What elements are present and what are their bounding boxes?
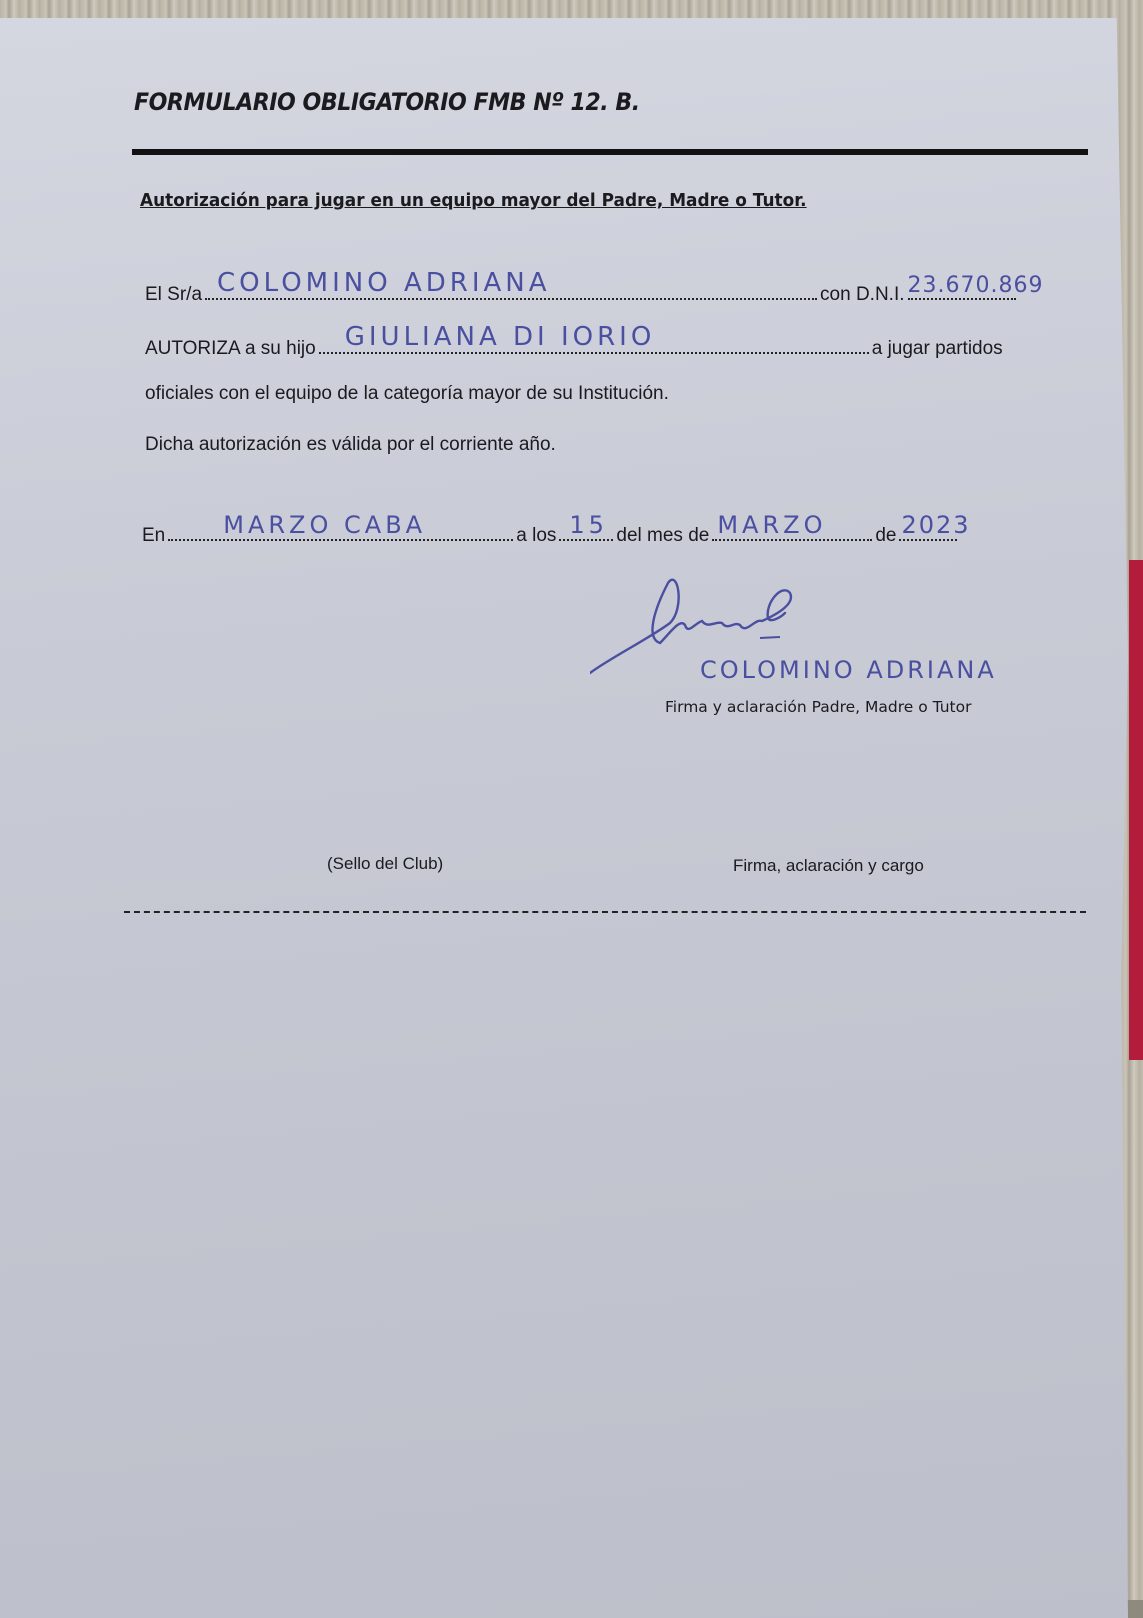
child-name-field[interactable]: GIULIANA DI IORIO <box>319 334 869 354</box>
child-label: AUTORIZA a su hijo <box>145 338 316 360</box>
child-name-value: GIULIANA DI IORIO <box>345 322 656 352</box>
guardian-row: El Sr/a COLOMINO ADRIANA con D.N.I. 23.6… <box>145 280 1019 306</box>
child-row: AUTORIZA a su hijo GIULIANA DI IORIO a j… <box>145 334 1003 360</box>
guardian-label: El Sr/a <box>145 284 202 306</box>
title-rule <box>132 149 1088 155</box>
signature-caption: Firma y aclaración Padre, Madre o Tutor <box>665 698 971 716</box>
place-field[interactable]: MARZO CABA <box>168 521 513 541</box>
signatory-name: COLOMINO ADRIANA <box>700 656 997 684</box>
club-stamp-label: (Sello del Club) <box>327 854 443 874</box>
day-field[interactable]: 15 <box>559 521 613 541</box>
play-matches-label: a jugar partidos <box>872 338 1003 360</box>
dni-field[interactable]: 23.670.869 <box>908 280 1016 300</box>
day-value: 15 <box>569 511 608 539</box>
guardian-name-value: COLOMINO ADRIANA <box>217 268 550 298</box>
month-value: MARZO <box>717 511 826 539</box>
year-value: 2023 <box>901 511 970 539</box>
form-sheet: FORMULARIO OBLIGATORIO FMB Nº 12. B. Aut… <box>0 18 1128 1600</box>
place-label: En <box>142 525 165 547</box>
validity-text: Dicha autorización es válida por el corr… <box>145 434 556 456</box>
dashed-cut-line <box>124 911 1086 913</box>
club-officer-signature-label: Firma, aclaración y cargo <box>733 856 924 876</box>
form-subtitle: Autorización para jugar en un equipo may… <box>140 190 807 211</box>
month-field[interactable]: MARZO <box>712 521 872 541</box>
date-row: En MARZO CABA a los 15 del mes de MARZO … <box>142 521 960 547</box>
year-field[interactable]: 2023 <box>899 521 957 541</box>
official-matches-text: oficiales con el equipo de la categoría … <box>145 383 669 405</box>
red-folder-edge <box>1129 560 1143 1060</box>
year-label: de <box>875 525 896 547</box>
dni-label: con D.N.I. <box>820 284 904 306</box>
guardian-name-field[interactable]: COLOMINO ADRIANA <box>205 280 817 300</box>
day-label: a los <box>516 525 556 547</box>
month-label: del mes de <box>616 525 709 547</box>
form-title: FORMULARIO OBLIGATORIO FMB Nº 12. B. <box>134 88 640 116</box>
dni-value: 23.670.869 <box>908 273 1044 298</box>
place-value: MARZO CABA <box>223 511 426 539</box>
